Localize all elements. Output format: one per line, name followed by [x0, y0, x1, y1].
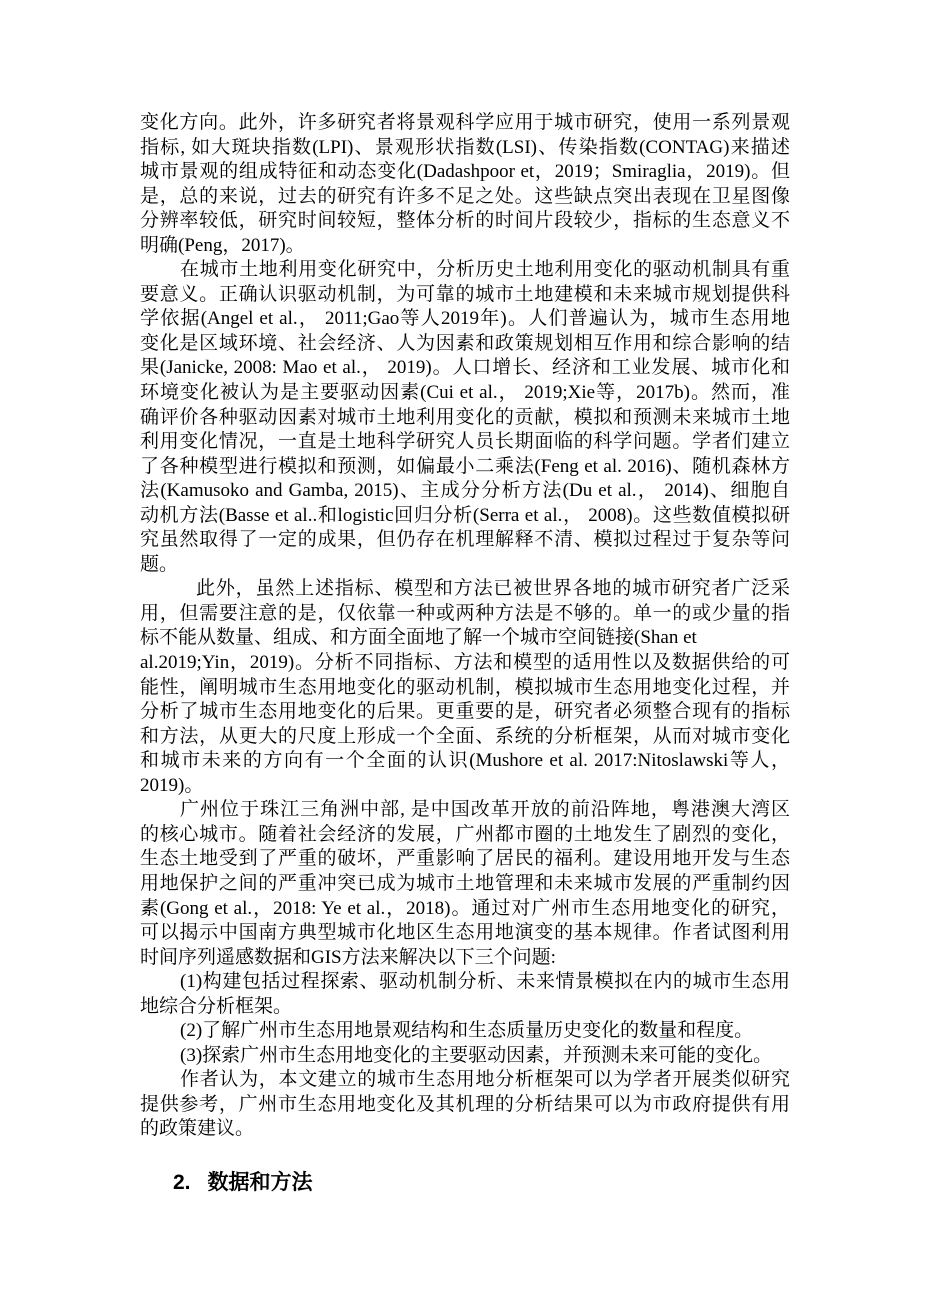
section-title: 数据和方法 — [208, 1171, 313, 1194]
text-line: (3)探索广州市生态用地变化的主要驱动因素，并预测未来可能的变化。 — [140, 1044, 790, 1069]
text-line: 和城市未来的方向有一个全面的认识(Mushore et al. 2017:Nit… — [140, 749, 790, 774]
text-line: 确评价各种驱动因素对城市土地利用变化的贡献，模拟和预测未来城市土地 — [140, 406, 790, 431]
text-line: 动机方法(Basse et al..和logistic回归分析(Serra et… — [140, 504, 790, 529]
document-page: 变化方向。此外，许多研究者将景观科学应用于城市研究，使用一系列景观指标, 如大斑… — [0, 0, 926, 1309]
text-line: 分析了城市生态用地变化的后果。更重要的是，研究者必须整合现有的指标 — [140, 700, 790, 725]
text-line: 指标, 如大斑块指数(LPI)、景观形状指数(LSI)、传染指数(CONTAG)… — [140, 136, 790, 161]
paragraph: (1)构建包括过程探索、驱动机制分析、未来情景模拟在内的城市生态用地综合分析框架… — [140, 970, 790, 1019]
text-line: 的政策建议。 — [140, 1117, 790, 1142]
text-line: 城市景观的组成特征和动态变化(Dadashpoor et，2019；Smirag… — [140, 160, 790, 185]
text-line: 变化方向。此外，许多研究者将景观科学应用于城市研究，使用一系列景观 — [140, 111, 790, 136]
paragraph: 作者认为，本文建立的城市生态用地分析框架可以为学者开展类似研究提供参考，广州市生… — [140, 1068, 790, 1142]
text-line: 生态土地受到了严重的破坏，严重影响了居民的福利。建设用地开发与生态 — [140, 847, 790, 872]
text-line: 提供参考，广州市生态用地变化及其机理的分析结果可以为市政府提供有用 — [140, 1093, 790, 1118]
section-heading: 2.数据和方法 — [140, 1170, 790, 1195]
text-line: 是，总的来说，过去的研究有许多不足之处。这些缺点突出表现在卫星图像 — [140, 185, 790, 210]
text-line: 在城市土地利用变化研究中，分析历史土地利用变化的驱动机制具有重 — [140, 258, 790, 283]
text-line: 变化是区域环境、社会经济、人为因素和政策规划相互作用和综合影响的结 — [140, 332, 790, 357]
text-line: 要意义。正确认识驱动机制，为可靠的城市土地建模和未来城市规划提供科 — [140, 283, 790, 308]
text-line: 法(Kamusoko and Gamba, 2015)、主成分分析方法(Du e… — [140, 479, 790, 504]
text-line: al.2019;Yin，2019)。分析不同指标、方法和模型的适用性以及数据供给… — [140, 651, 790, 676]
text-line: 广州位于珠江三角洲中部, 是中国改革开放的前沿阵地，粤港澳大湾区 — [140, 798, 790, 823]
text-line: 究虽然取得了一定的成果，但仍存在机理解释不清、模拟过程过于复杂等问 — [140, 528, 790, 553]
text-line: 的核心城市。随着社会经济的发展，广州都市圈的土地发生了剧烈的变化， — [140, 823, 790, 848]
text-line: 作者认为，本文建立的城市生态用地分析框架可以为学者开展类似研究 — [140, 1068, 790, 1093]
text-line: 可以揭示中国南方典型城市化地区生态用地演变的基本规律。作者试图利用 — [140, 921, 790, 946]
text-line: 用地保护之间的严重冲突已成为城市土地管理和未来城市发展的严重制约因 — [140, 872, 790, 897]
text-line: 素(Gong et al.，2018: Ye et al.，2018)。通过对广… — [140, 897, 790, 922]
text-line: 此外，虽然上述指标、模型和方法已被世界各地的城市研究者广泛采 — [140, 577, 790, 602]
text-line: 环境变化被认为是主要驱动因素(Cui et al.， 2019;Xie等，201… — [140, 381, 790, 406]
text-line: 学依据(Angel et al.， 2011;Gao等人2019年)。人们普遍认… — [140, 307, 790, 332]
text-line: 了各种模型进行模拟和预测，如偏最小二乘法(Feng et al. 2016)、随… — [140, 455, 790, 480]
text-line: 题。 — [140, 553, 790, 578]
paragraph: 广州位于珠江三角洲中部, 是中国改革开放的前沿阵地，粤港澳大湾区的核心城市。随着… — [140, 798, 790, 970]
text-line: 用，但需要注意的是，仅依靠一种或两种方法是不够的。单一的或少量的指 — [140, 602, 790, 627]
paragraph: (2)了解广州市生态用地景观结构和生态质量历史变化的数量和程度。 — [140, 1019, 790, 1044]
text-line: (1)构建包括过程探索、驱动机制分析、未来情景模拟在内的城市生态用 — [140, 970, 790, 995]
text-line: 时间序列遥感数据和GIS方法来解决以下三个问题: — [140, 946, 790, 971]
text-line: 明确(Peng，2017)。 — [140, 234, 790, 259]
text-line: 和方法，从更大的尺度上形成一个全面、系统的分析框架，从而对城市变化 — [140, 725, 790, 750]
text-line: 地综合分析框架。 — [140, 995, 790, 1020]
text-line: 2019)。 — [140, 774, 790, 799]
section-number: 2. — [173, 1171, 191, 1194]
paragraph: (3)探索广州市生态用地变化的主要驱动因素，并预测未来可能的变化。 — [140, 1044, 790, 1069]
paragraph: 此外，虽然上述指标、模型和方法已被世界各地的城市研究者广泛采用，但需要注意的是，… — [140, 577, 790, 798]
document-body: 变化方向。此外，许多研究者将景观科学应用于城市研究，使用一系列景观指标, 如大斑… — [140, 111, 790, 1195]
paragraph: 在城市土地利用变化研究中，分析历史土地利用变化的驱动机制具有重要意义。正确认识驱… — [140, 258, 790, 577]
text-line: 果(Janicke, 2008: Mao et al.， 2019)。人口增长、… — [140, 356, 790, 381]
paragraph: 变化方向。此外，许多研究者将景观科学应用于城市研究，使用一系列景观指标, 如大斑… — [140, 111, 790, 258]
text-line: 分辨率较低，研究时间较短，整体分析的时间片段较少，指标的生态意义不 — [140, 209, 790, 234]
text-line: 利用变化情况，一直是土地科学研究人员长期面临的科学问题。学者们建立 — [140, 430, 790, 455]
text-line: 标不能从数量、组成、和方面全面地了解一个城市空间链接(Shan et — [140, 626, 790, 651]
text-line: 能性，阐明城市生态用地变化的驱动机制，模拟城市生态用地变化过程，并 — [140, 676, 790, 701]
text-line: (2)了解广州市生态用地景观结构和生态质量历史变化的数量和程度。 — [140, 1019, 790, 1044]
